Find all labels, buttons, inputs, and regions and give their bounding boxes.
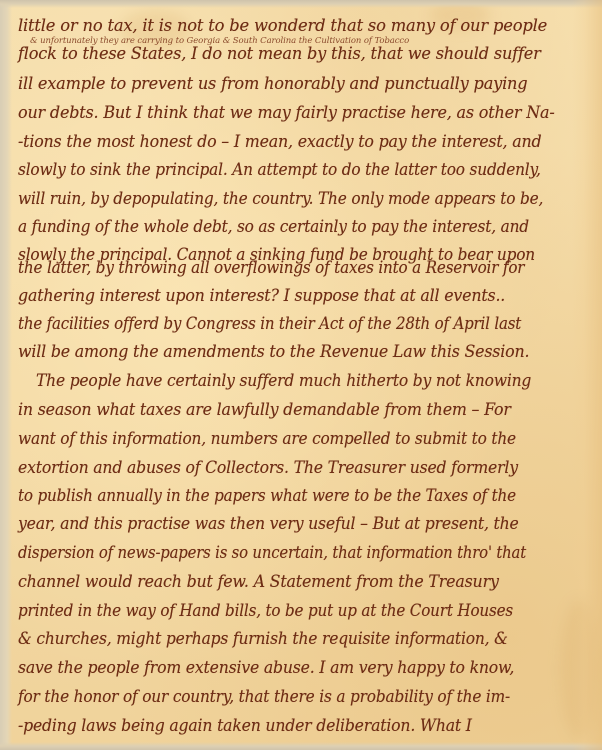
text-line: flock to these States, I do not mean by …	[18, 44, 541, 63]
text-line: printed in the way of Hand bills, to be …	[18, 601, 513, 620]
manuscript-page: little or no tax, it is not to be wonder…	[0, 0, 602, 750]
text-line: gathering interest upon interest? I supp…	[18, 286, 505, 305]
text-line: will be among the amendments to the Reve…	[18, 342, 529, 361]
text-line: & churches, might perhaps furnish the re…	[18, 629, 508, 648]
text-line: our debts. But I think that we may fairl…	[18, 103, 555, 122]
text-line: slowly to sink the principal. An attempt…	[18, 160, 541, 179]
text-line: save the people from extensive abuse. I …	[18, 658, 514, 677]
text-line: will ruin, by depopulating, the country.…	[18, 189, 543, 208]
paper-edge-top	[0, 0, 602, 8]
paper-edge-left	[0, 0, 12, 750]
text-line: a funding of the whole debt, so as certa…	[18, 217, 529, 236]
text-line: in season what taxes are lawfully demand…	[18, 400, 511, 419]
text-line: -tions the most honest do – I mean, exac…	[18, 132, 541, 151]
text-line: the latter, by throwing all overflowings…	[18, 258, 524, 277]
text-line: -peding laws being again taken under del…	[18, 716, 472, 735]
text-line: the facilities offerd by Congress in the…	[18, 314, 521, 333]
paper-edge-bottom	[0, 742, 602, 750]
text-line: want of this information, numbers are co…	[18, 429, 516, 448]
text-line: for the honor of our country, that there…	[18, 687, 510, 706]
paper-edge-right	[572, 0, 602, 750]
text-line: little or no tax, it is not to be wonder…	[18, 16, 547, 35]
text-line: dispersion of news-papers is so uncertai…	[18, 543, 526, 562]
text-line: ill example to prevent us from honorably…	[18, 74, 527, 93]
text-line-paragraph-start: The people have certainly sufferd much h…	[36, 371, 531, 390]
text-line: to publish annually in the papers what w…	[18, 486, 516, 505]
text-line: channel would reach but few. A Statement…	[18, 572, 499, 591]
text-line: year, and this practise was then very us…	[18, 514, 519, 533]
text-line: extortion and abuses of Collectors. The …	[18, 458, 518, 477]
